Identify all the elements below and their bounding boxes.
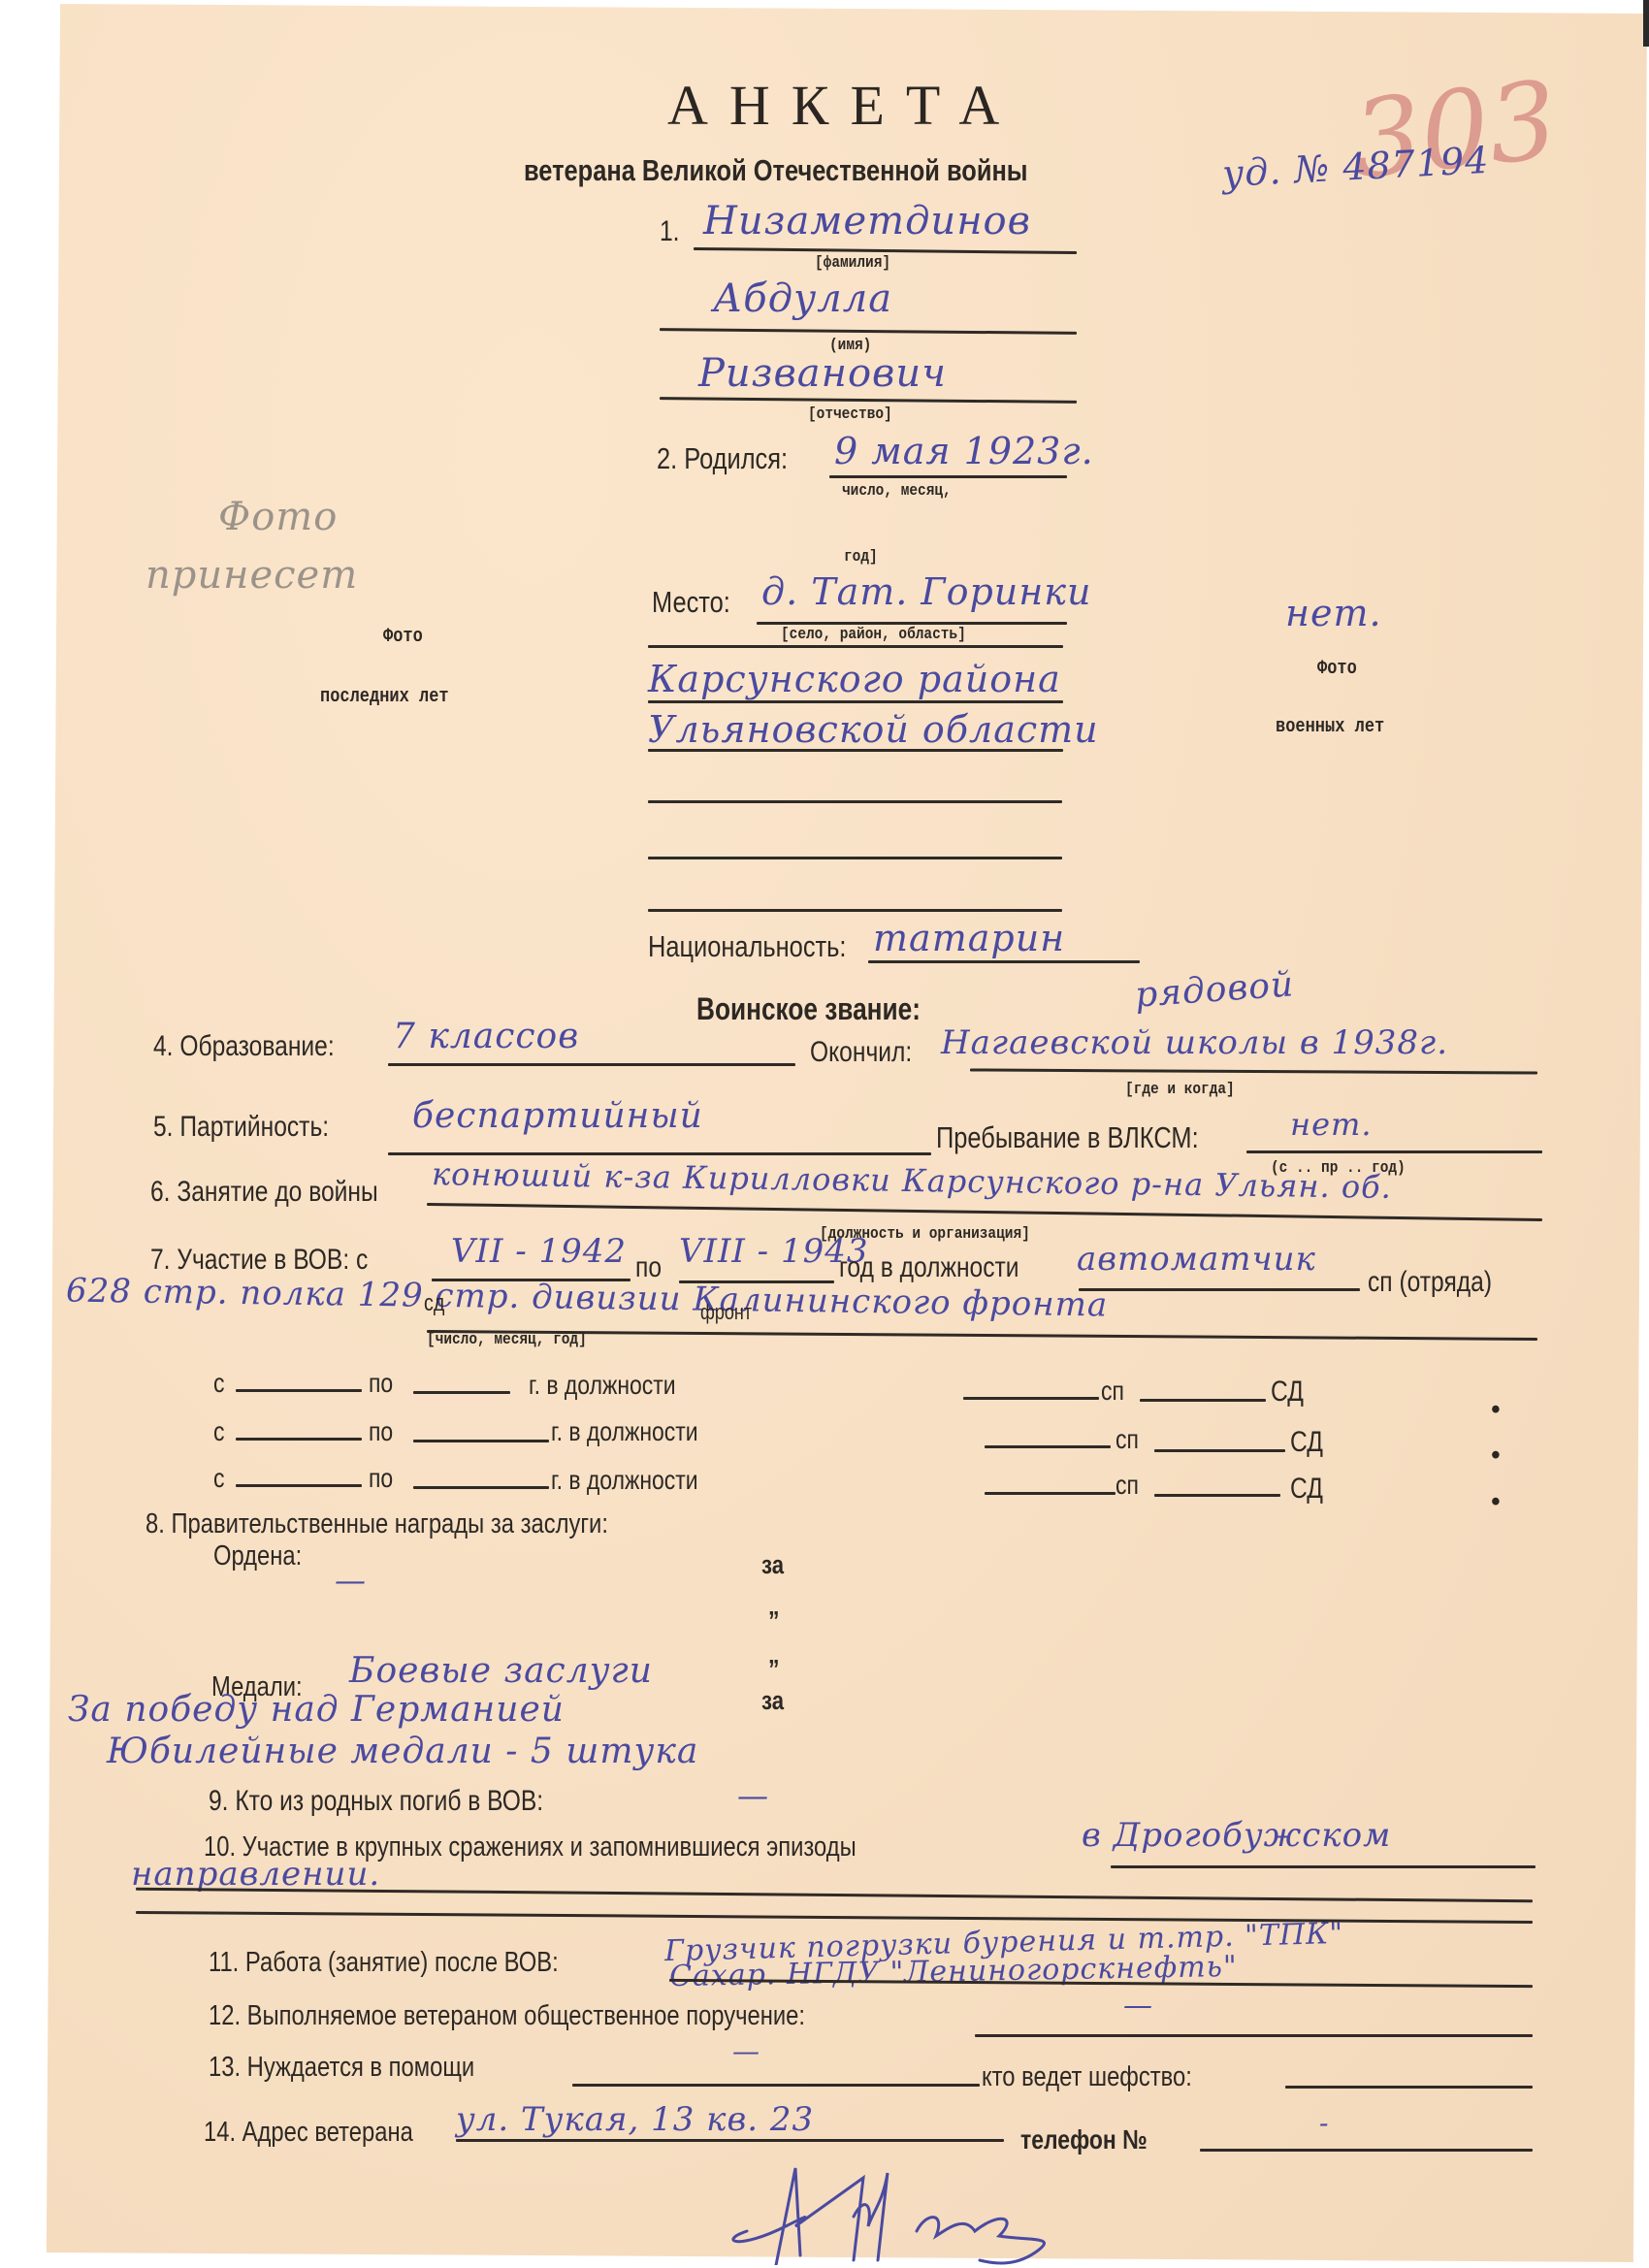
form-title: АНКЕТА bbox=[667, 73, 1020, 138]
margin-dot: • bbox=[1491, 1441, 1501, 1472]
row-regiment-label: сп bbox=[1115, 1424, 1139, 1455]
place-line-2 bbox=[648, 645, 1063, 648]
born-label: 2. Родился: bbox=[657, 441, 788, 476]
place-line-6 bbox=[648, 857, 1062, 859]
social-line bbox=[975, 2034, 1533, 2037]
patronymic-value: Ризванович bbox=[698, 351, 947, 396]
row-division-label: СД bbox=[1271, 1376, 1304, 1409]
born-caption-1: число, месяц, bbox=[842, 482, 952, 501]
place-line-7 bbox=[648, 909, 1062, 912]
nationality-line bbox=[868, 960, 1140, 963]
front-label: фронт bbox=[700, 1300, 752, 1325]
row-from-line bbox=[236, 1389, 362, 1392]
ditto-mark-1: ” bbox=[768, 1605, 779, 1636]
row-to-line bbox=[413, 1440, 549, 1442]
finished-caption: [где и когда] bbox=[1125, 1081, 1235, 1099]
education-line bbox=[388, 1063, 795, 1066]
relatives-value: — bbox=[737, 1777, 769, 1814]
medal-1: Боевые заслуги bbox=[349, 1651, 653, 1691]
phone-line bbox=[1200, 2149, 1533, 2152]
row-from-line bbox=[236, 1438, 362, 1441]
nationality-value: татарин bbox=[873, 917, 1065, 959]
row-regiment-label: сп bbox=[1115, 1470, 1139, 1501]
place-caption: [село, район, область] bbox=[781, 626, 966, 644]
education-label: 4. Образование: bbox=[153, 1030, 335, 1063]
row-division-line bbox=[1154, 1494, 1280, 1497]
place-label: Место: bbox=[652, 585, 730, 620]
born-caption-2: год] bbox=[844, 548, 878, 567]
nationality-label: Национальность: bbox=[648, 929, 846, 964]
place-value-1: д. Тат. Горинки bbox=[761, 570, 1091, 613]
help-line bbox=[572, 2084, 980, 2087]
komsomol-value: нет. bbox=[1290, 1106, 1373, 1143]
participation-position-label: год в должности bbox=[839, 1251, 1019, 1284]
orders-value: — bbox=[335, 1562, 367, 1599]
phone-label: телефон № bbox=[1020, 2124, 1148, 2155]
veteran-signature bbox=[708, 2158, 1212, 2265]
place-line-5 bbox=[648, 800, 1062, 803]
place-line-4 bbox=[648, 749, 1063, 752]
photo-war-label-1: Фото bbox=[1317, 658, 1357, 680]
address-line bbox=[456, 2139, 1004, 2142]
row-division-label: СД bbox=[1290, 1426, 1323, 1459]
row-regiment-line bbox=[985, 1445, 1111, 1448]
photo-recent-label-1: Фото bbox=[383, 626, 423, 648]
row-division-line bbox=[1154, 1449, 1285, 1452]
battles-value-1: в Дрогобужском bbox=[1082, 1816, 1391, 1855]
patronymic-caption: [отчество] bbox=[808, 405, 892, 424]
row-division-label: СД bbox=[1290, 1473, 1323, 1506]
place-value-2: Карсунского района bbox=[648, 658, 1061, 700]
medals-for-label: за bbox=[761, 1686, 784, 1716]
row-division-line bbox=[1140, 1399, 1266, 1402]
help-label: 13. Нуждается в помощи bbox=[209, 2052, 474, 2084]
participation-position-line bbox=[1079, 1288, 1360, 1291]
participation-label: 7. Участие в ВОВ: с bbox=[150, 1244, 368, 1277]
row-regiment-label: сп bbox=[1101, 1376, 1124, 1407]
social-value: — bbox=[1123, 1989, 1153, 2023]
party-label: 5. Партийность: bbox=[153, 1111, 329, 1144]
row-position-label: г. в должности bbox=[551, 1465, 698, 1496]
address-value: ул. Тукая, 13 кв. 23 bbox=[456, 2100, 814, 2139]
address-label: 14. Адрес ветерана bbox=[204, 2117, 413, 2149]
social-label: 12. Выполняемое ветераном общественное п… bbox=[209, 2000, 805, 2032]
born-line bbox=[829, 475, 1067, 478]
education-value: 7 классов bbox=[393, 1017, 579, 1056]
place-line-3 bbox=[648, 700, 1063, 703]
margin-dot: • bbox=[1491, 1487, 1501, 1518]
row-position-label: г. в должности bbox=[529, 1370, 676, 1401]
surname-caption: [фамилия] bbox=[815, 254, 890, 273]
row-to-line bbox=[413, 1486, 549, 1489]
form-subtitle: ветерана Великой Отечественной войны bbox=[524, 153, 1028, 188]
finished-label: Окончил: bbox=[810, 1036, 912, 1069]
row-to-label: по bbox=[369, 1416, 393, 1447]
komsomol-label: Пребывание в ВЛКСМ: bbox=[936, 1120, 1199, 1155]
row-regiment-line bbox=[985, 1492, 1115, 1495]
born-value: 9 мая 1923г. bbox=[834, 430, 1094, 472]
place-value-3: Ульяновской области bbox=[648, 708, 1099, 751]
scan-edge bbox=[1643, 0, 1649, 47]
row-to-label: по bbox=[369, 1368, 393, 1399]
postwar-label: 11. Работа (занятие) после ВОВ: bbox=[209, 1947, 559, 1979]
awards-label: 8. Правительственные награды за заслуги: bbox=[145, 1508, 608, 1540]
finished-value: Нагаевской школы в 1938г. bbox=[941, 1023, 1448, 1062]
row-from-label: с bbox=[213, 1463, 224, 1494]
participation-caption: [число, месяц, год] bbox=[427, 1331, 587, 1349]
photo-note-line-2: принесет bbox=[145, 553, 358, 598]
row-regiment-line bbox=[963, 1397, 1099, 1400]
surname-value: Низаметдинов bbox=[703, 199, 1031, 243]
photo-note-line-1: Фото bbox=[218, 495, 338, 539]
photo-war-note: нет. bbox=[1285, 592, 1382, 634]
orders-label: Ордена: bbox=[213, 1540, 302, 1572]
photo-war-label-2: военных лет bbox=[1276, 716, 1384, 738]
row-to-label: по bbox=[369, 1463, 393, 1494]
party-line bbox=[388, 1152, 931, 1155]
division-label: сд bbox=[424, 1290, 444, 1317]
participation-position: автоматчик bbox=[1077, 1240, 1316, 1279]
margin-dot: • bbox=[1491, 1395, 1501, 1426]
help-value: — bbox=[732, 2035, 760, 2067]
ditto-mark-2: ” bbox=[768, 1654, 779, 1685]
komsomol-line bbox=[1246, 1150, 1542, 1153]
row-from-label: с bbox=[213, 1416, 224, 1447]
row-to-line bbox=[413, 1391, 510, 1394]
row-from-label: с bbox=[213, 1368, 224, 1399]
patron-line bbox=[1285, 2086, 1533, 2089]
photo-recent-label-2: последних лет bbox=[320, 686, 449, 708]
orders-for-label: за bbox=[761, 1550, 784, 1580]
row-position-label: г. в должности bbox=[551, 1416, 698, 1447]
row-from-line bbox=[236, 1484, 362, 1487]
item-1-number: 1. bbox=[660, 215, 680, 248]
regiment-label: сп (отряда) bbox=[1368, 1266, 1492, 1299]
medal-2: За победу над Германией bbox=[68, 1690, 565, 1730]
prewar-label: 6. Занятие до войны bbox=[150, 1176, 378, 1209]
phone-value: - bbox=[1319, 2107, 1329, 2139]
place-line-1 bbox=[757, 622, 1067, 625]
rank-label: Воинское звание: bbox=[696, 991, 921, 1027]
relatives-label: 9. Кто из родных погиб в ВОВ: bbox=[209, 1785, 543, 1818]
medal-3: Юбилейные медали - 5 штука bbox=[107, 1732, 698, 1771]
party-value: беспартийный bbox=[412, 1096, 703, 1136]
participation-from: VII - 1942 bbox=[451, 1232, 627, 1271]
battles-line-1 bbox=[1111, 1865, 1536, 1868]
first-name-value: Абдулла bbox=[713, 276, 892, 321]
patron-label: кто ведет шефство: bbox=[982, 2061, 1192, 2093]
